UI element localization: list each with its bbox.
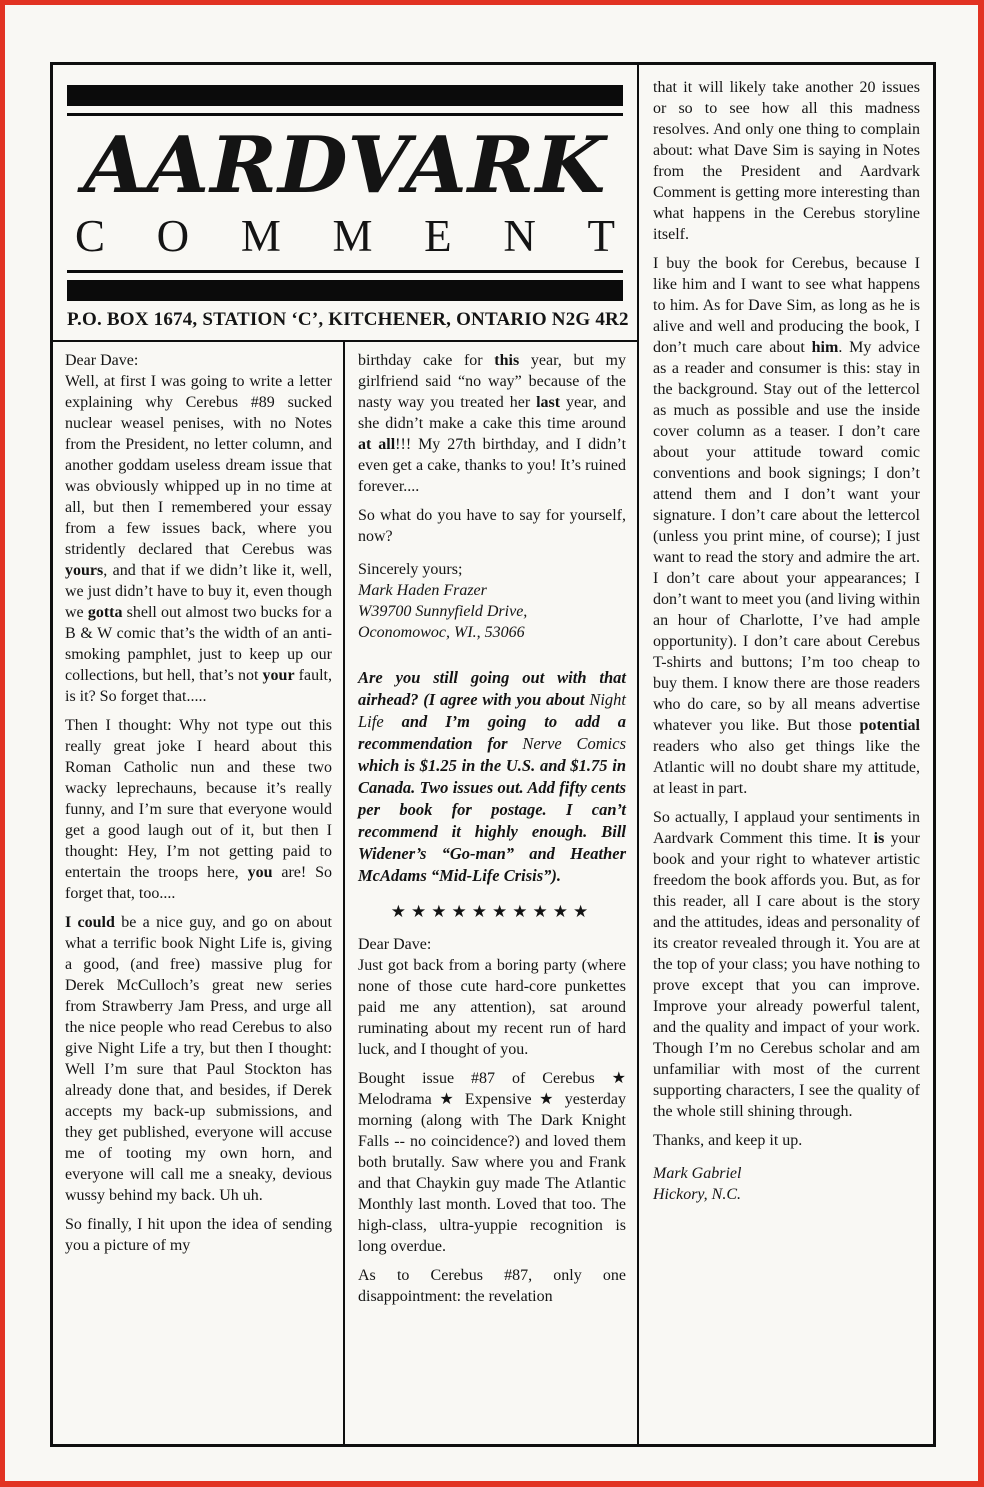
column-1: Dear Dave:Well, at first I was going to … bbox=[53, 342, 345, 1444]
page-frame: AARDVARK COMMENT P.O. BOX 1674, STATION … bbox=[50, 62, 936, 1447]
paragraph: Thanks, and keep it up. bbox=[653, 1130, 920, 1151]
signature-line: Sincerely yours; bbox=[358, 561, 462, 578]
logo-subtitle-letter: T bbox=[587, 209, 615, 263]
paragraph: that it will likely take another 20 issu… bbox=[653, 77, 920, 245]
column-2: birthday cake for this year, but my girl… bbox=[345, 342, 637, 1444]
signature-line: Mark Gabriel bbox=[653, 1165, 741, 1182]
letter-columns: Dear Dave:Well, at first I was going to … bbox=[53, 342, 637, 1444]
paragraph: birthday cake for this year, but my girl… bbox=[358, 350, 626, 497]
scan-edge-top bbox=[0, 0, 984, 5]
signature-line: W39700 Sunnyfield Drive, bbox=[358, 603, 527, 620]
salutation: Dear Dave: bbox=[358, 934, 626, 955]
paragraph: I could be a nice guy, and go on about w… bbox=[65, 912, 332, 1206]
text-segment: your bbox=[263, 667, 295, 684]
text-segment: I could bbox=[65, 914, 115, 931]
scanned-letters-page: { "page": { "background": "#f9f8f4", "fr… bbox=[0, 0, 984, 1487]
salutation: Dear Dave: bbox=[65, 350, 332, 371]
logo-subtitle: COMMENT bbox=[65, 209, 625, 263]
text-segment: As to Cerebus #87, only one disappointme… bbox=[358, 1267, 626, 1305]
scan-edge-left bbox=[0, 0, 5, 1487]
paragraph: Then I thought: Why not type out this re… bbox=[65, 715, 332, 904]
text-segment: which is $1.25 in the U.S. and $1.75 in … bbox=[358, 756, 626, 885]
text-segment: is bbox=[874, 830, 885, 847]
text-segment: potential bbox=[860, 717, 920, 734]
logo-title: AARDVARK bbox=[57, 123, 634, 209]
masthead-top-bar bbox=[67, 85, 623, 106]
scan-edge-bottom bbox=[0, 1481, 984, 1487]
text-segment: your book and your right to whatever art… bbox=[653, 830, 920, 1120]
text-segment: last bbox=[536, 394, 560, 411]
text-segment: So finally, I hit upon the idea of sendi… bbox=[65, 1216, 332, 1254]
paragraph: Just got back from a boring party (where… bbox=[358, 955, 626, 1060]
text-segment: Then I thought: Why not type out this re… bbox=[65, 717, 332, 881]
text-segment: you bbox=[248, 864, 273, 881]
paragraph: As to Cerebus #87, only one disappointme… bbox=[358, 1265, 626, 1307]
paragraph: So finally, I hit upon the idea of sendi… bbox=[65, 1214, 332, 1256]
logo-subtitle-letter: M bbox=[241, 209, 281, 263]
text-segment: this bbox=[494, 352, 519, 369]
masthead-top-rule bbox=[67, 113, 623, 116]
text-segment: at all bbox=[358, 436, 395, 453]
paragraph: Bought issue #87 of Cerebus ★ Melodrama … bbox=[358, 1068, 626, 1257]
text-segment: Nerve Comics bbox=[522, 734, 626, 753]
text-segment: readers who also get things like the Atl… bbox=[653, 738, 920, 797]
text-segment: Well, at first I was going to write a le… bbox=[65, 373, 332, 558]
text-segment: Just got back from a boring party (where… bbox=[358, 957, 626, 1058]
signature-line: Mark Haden Frazer bbox=[358, 582, 487, 599]
masthead-bottom-rule bbox=[67, 270, 623, 273]
paragraph: I buy the book for Cerebus, because I li… bbox=[653, 253, 920, 799]
text-segment: . My advice as a reader and consumer is … bbox=[653, 339, 920, 734]
right-section: that it will likely take another 20 issu… bbox=[637, 65, 933, 1444]
stars-divider: ★★★★★★★★★★ bbox=[358, 901, 626, 922]
logo-subtitle-letter: C bbox=[75, 209, 105, 263]
column-3: that it will likely take another 20 issu… bbox=[639, 65, 933, 1444]
text-segment: birthday cake for bbox=[358, 352, 494, 369]
text-segment: yours bbox=[65, 562, 103, 579]
paragraph: So what do you have to say for yourself,… bbox=[358, 505, 626, 547]
signature-line: Hickory, N.C. bbox=[653, 1186, 741, 1203]
text-segment: that it will likely take another 20 issu… bbox=[653, 79, 920, 243]
signature-block: Sincerely yours;Mark Haden FrazerW39700 … bbox=[358, 559, 626, 643]
logo-subtitle-letter: M bbox=[333, 209, 373, 263]
logo-subtitle-letter: N bbox=[503, 209, 536, 263]
editor-reply-paragraph: Are you still going out with that airhea… bbox=[358, 667, 626, 887]
paragraph: Well, at first I was going to write a le… bbox=[65, 371, 332, 707]
text-segment: Thanks, and keep it up. bbox=[653, 1132, 802, 1149]
paragraph: So actually, I applaud your sentiments i… bbox=[653, 807, 920, 1122]
text-segment: !!! My 27th birthday, and I didn’t even … bbox=[358, 436, 626, 495]
text-segment: Bought issue #87 of Cerebus ★ Melodrama … bbox=[358, 1070, 626, 1255]
text-segment: him bbox=[812, 339, 839, 356]
scan-edge-right bbox=[978, 0, 984, 1487]
text-segment: So what do you have to say for yourself,… bbox=[358, 507, 626, 545]
logo-subtitle-letter: E bbox=[424, 209, 452, 263]
left-section: AARDVARK COMMENT P.O. BOX 1674, STATION … bbox=[53, 65, 637, 1444]
text-segment: be a nice guy, and go on about what a te… bbox=[65, 914, 332, 1204]
signature-block: Mark GabrielHickory, N.C. bbox=[653, 1163, 920, 1205]
signature-line: Oconomowoc, WI., 53066 bbox=[358, 624, 525, 641]
masthead-bottom-bar bbox=[67, 280, 623, 301]
text-segment: Are you still going out with that airhea… bbox=[358, 668, 626, 709]
logo-subtitle-letter: O bbox=[157, 209, 190, 263]
masthead: AARDVARK COMMENT P.O. BOX 1674, STATION … bbox=[53, 65, 637, 342]
text-segment: gotta bbox=[88, 604, 123, 621]
mailing-address: P.O. BOX 1674, STATION ‘C’, KITCHENER, O… bbox=[65, 301, 625, 335]
